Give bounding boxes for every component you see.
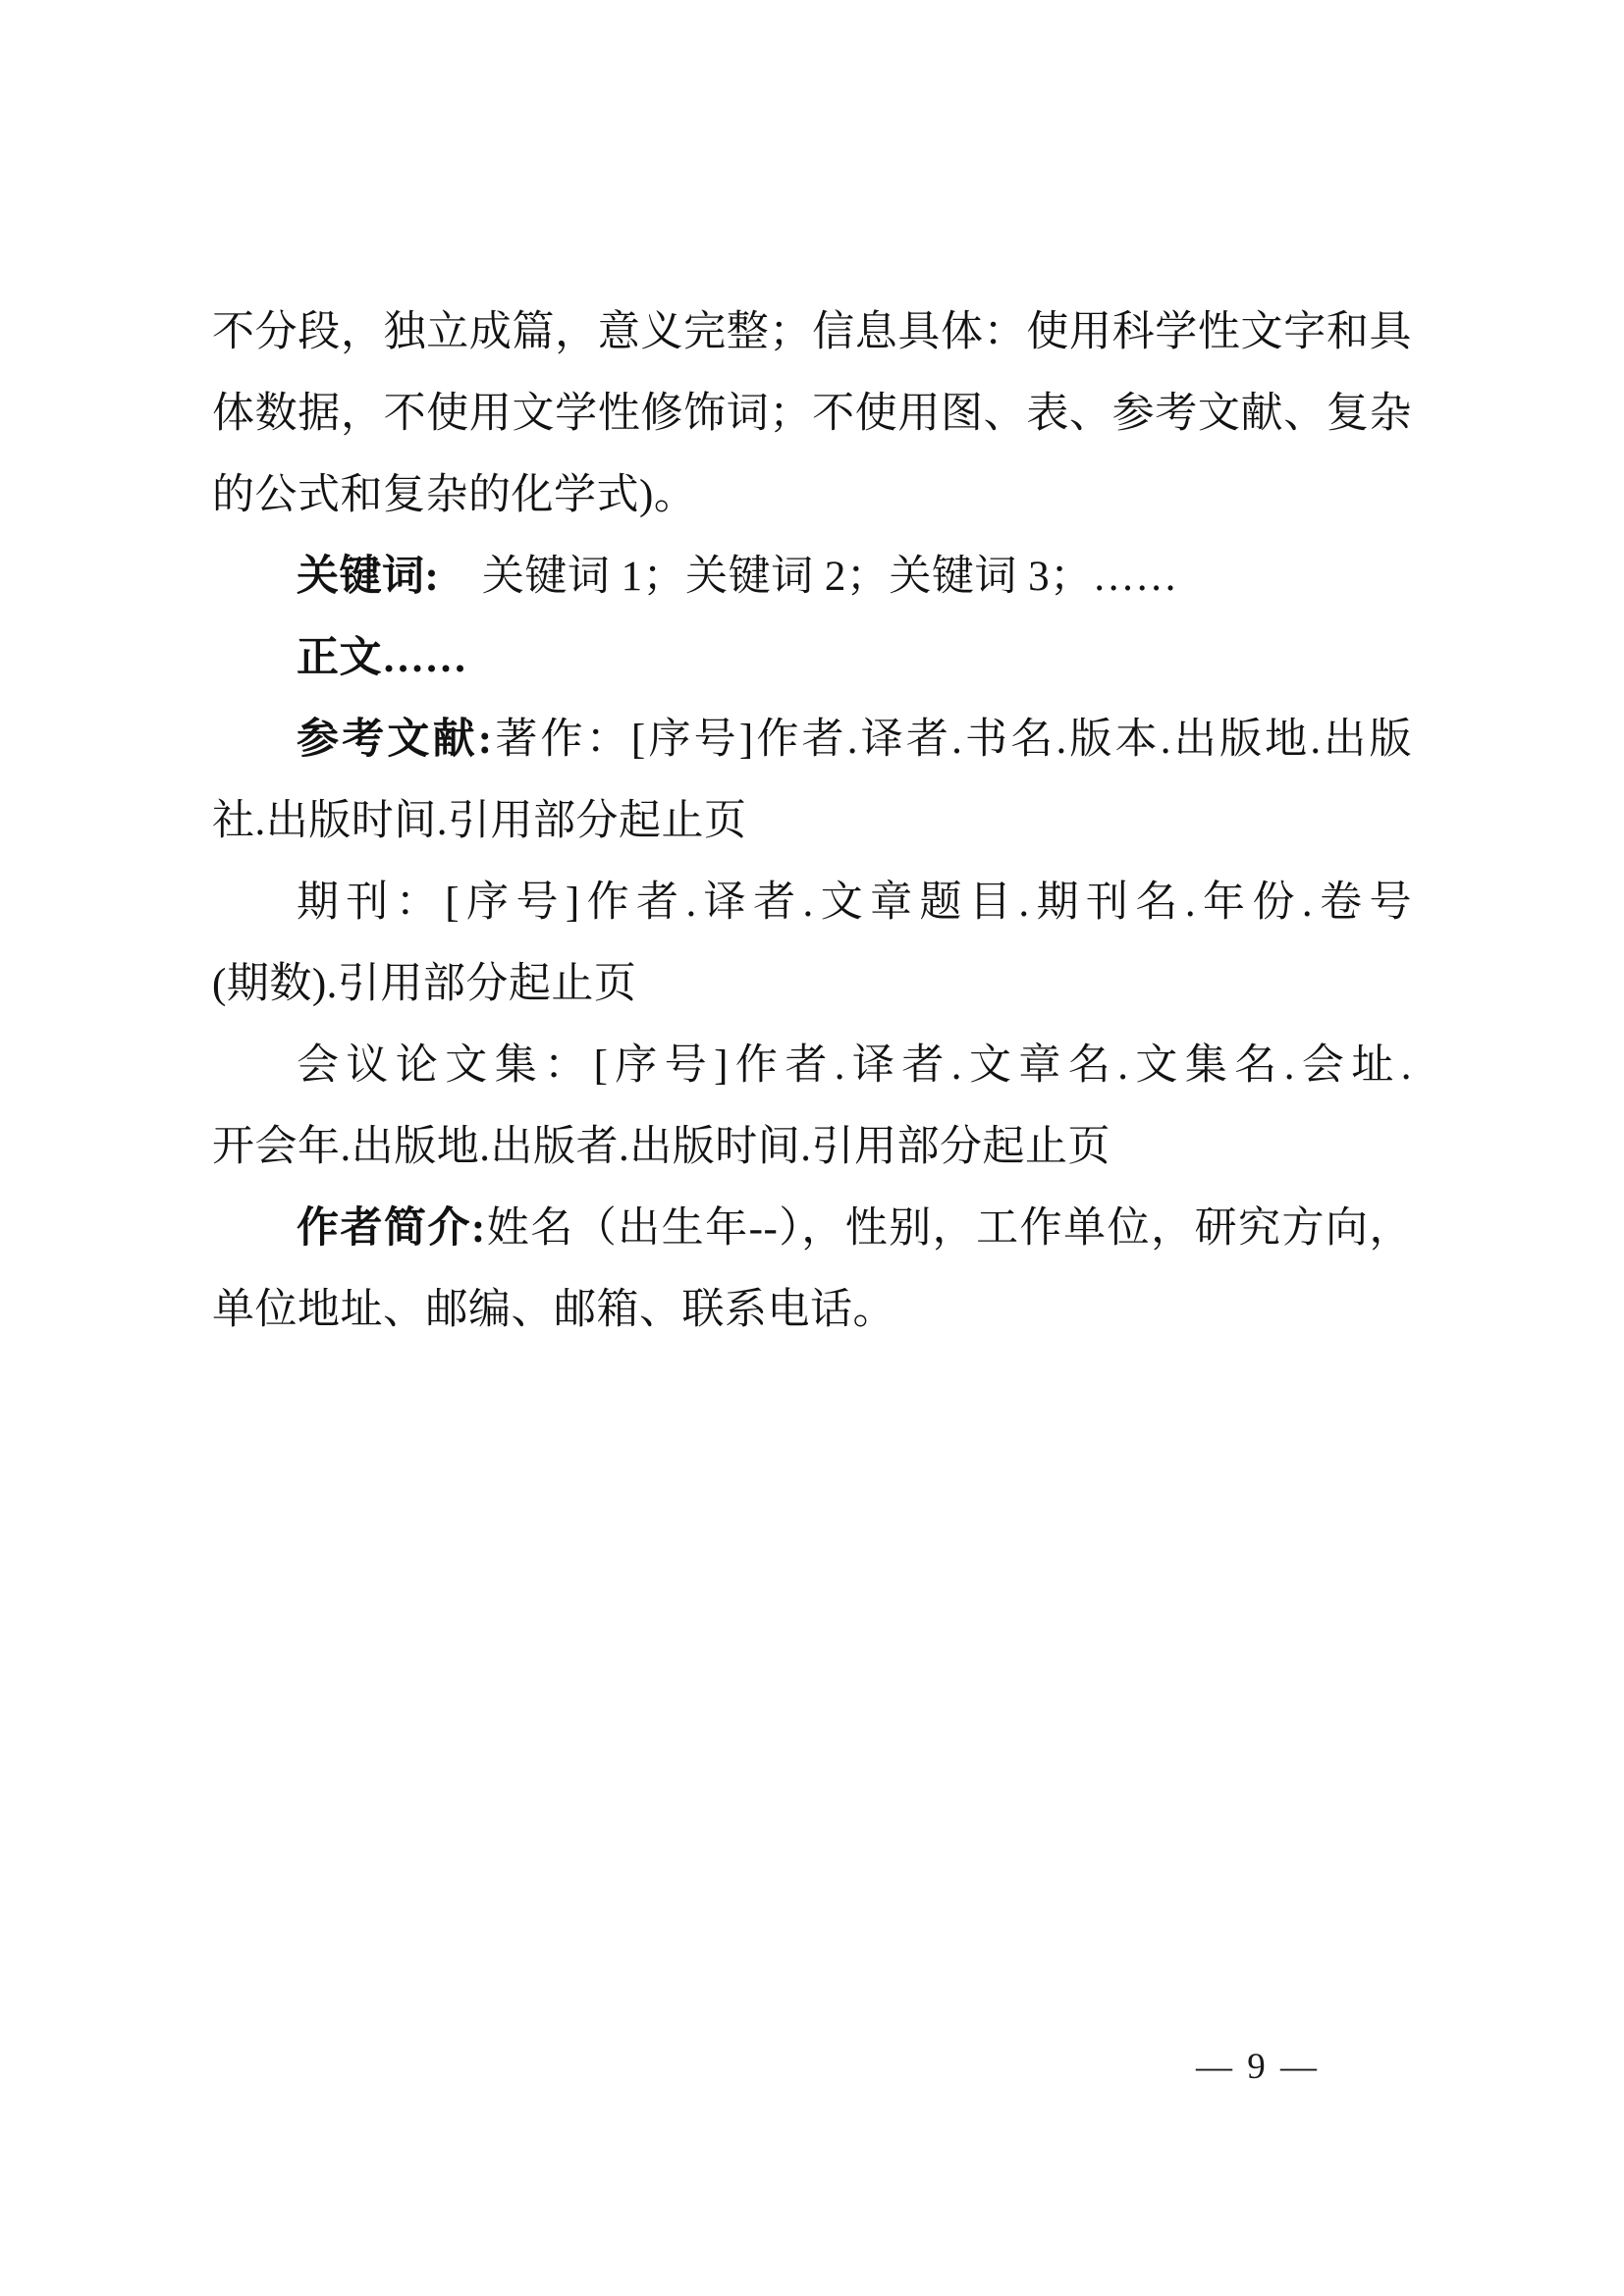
line-text: 的公式和复杂的化学式)。 (212, 472, 696, 518)
line-text: 会议论文集：[序号]作者.译者.文章名.文集名.会址. (297, 1042, 1412, 1089)
text-line: (期数).引用部分起止页 (212, 943, 1412, 1025)
text-line: 参考文献:著作：[序号]作者.译者.书名.版本.出版地.出版 (212, 699, 1412, 780)
text-line: 不分段，独立成篇，意义完整；信息具体：使用科学性文字和具 (212, 292, 1412, 373)
line-text: 体数据，不使用文学性修饰词；不使用图、表、参考文献、复杂 (212, 391, 1412, 437)
text-line: 作者简介:姓名（出生年--），性别，工作单位，研究方向， (212, 1188, 1412, 1269)
line-text: (期数).引用部分起止页 (212, 961, 636, 1007)
text-line: 的公式和复杂的化学式)。 (212, 454, 1412, 536)
text-line: 正文…… (212, 617, 1412, 699)
line-text: 开会年.出版地.出版者.出版时间.引用部分起止页 (212, 1124, 1110, 1170)
text-line: 体数据，不使用文学性修饰词；不使用图、表、参考文献、复杂 (212, 373, 1412, 454)
line-bold-prefix: 作者简介: (297, 1205, 486, 1252)
line-text: 关键词 1；关键词 2；关键词 3；…… (439, 554, 1177, 600)
text-line: 会议论文集：[序号]作者.译者.文章名.文集名.会址. (212, 1025, 1412, 1106)
text-line: 单位地址、邮编、邮箱、联系电话。 (212, 1269, 1412, 1351)
line-text: 著作：[序号]作者.译者.书名.版本.出版地.出版 (493, 717, 1412, 763)
text-line: 关键词: 关键词 1；关键词 2；关键词 3；…… (212, 536, 1412, 617)
line-bold-prefix: 正文…… (297, 635, 467, 681)
document-page: 不分段，独立成篇，意义完整；信息具体：使用科学性文字和具体数据，不使用文学性修饰… (0, 0, 1624, 2296)
line-text: 期刊：[序号]作者.译者.文章题目.期刊名.年份.卷号 (297, 880, 1412, 926)
text-line: 期刊：[序号]作者.译者.文章题目.期刊名.年份.卷号 (212, 862, 1412, 943)
text-line: 开会年.出版地.出版者.出版时间.引用部分起止页 (212, 1106, 1412, 1188)
document-body: 不分段，独立成篇，意义完整；信息具体：使用科学性文字和具体数据，不使用文学性修饰… (212, 292, 1412, 1351)
line-bold-prefix: 关键词: (297, 554, 439, 600)
line-text: 姓名（出生年--），性别，工作单位，研究方向， (486, 1205, 1412, 1252)
page-number: — 9 — (1196, 2046, 1320, 2089)
line-text: 不分段，独立成篇，意义完整；信息具体：使用科学性文字和具 (212, 309, 1412, 355)
line-text: 单位地址、邮编、邮箱、联系电话。 (212, 1287, 895, 1333)
line-text: 社.出版时间.引用部分起止页 (212, 798, 747, 844)
text-line: 社.出版时间.引用部分起止页 (212, 780, 1412, 862)
line-bold-prefix: 参考文献: (297, 717, 493, 763)
